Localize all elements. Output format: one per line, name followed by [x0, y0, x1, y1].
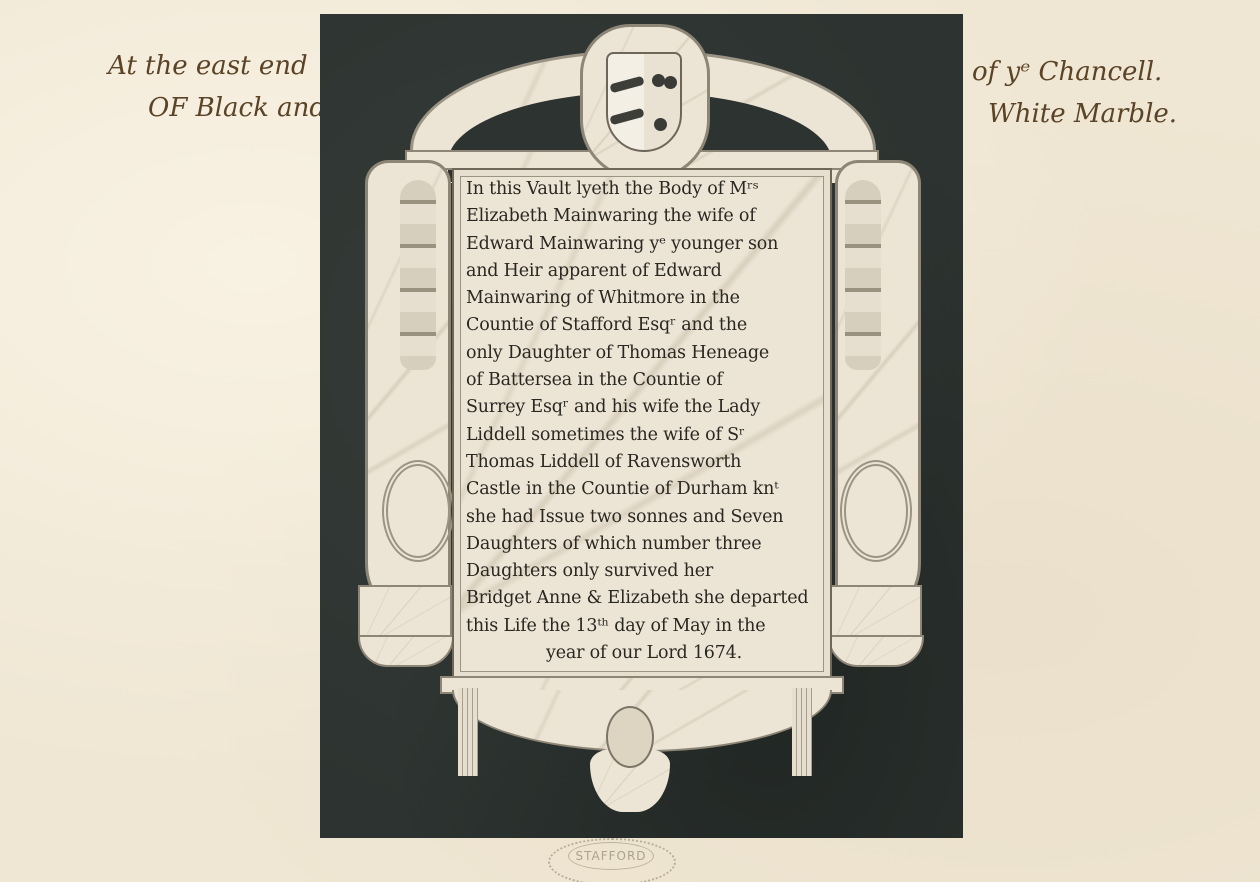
inscription-line: Countie of Stafford Esqʳ and the	[466, 312, 822, 339]
inscription-line: Liddell sometimes the wife of Sʳ	[466, 422, 822, 449]
inscription-line: this Life the 13ᵗʰ day of May in the	[466, 613, 822, 640]
inscription-line: and Heir apparent of Edward	[466, 258, 822, 285]
inscription-text: In this Vault lyeth the Body of Mʳˢ Eliz…	[466, 176, 822, 667]
caption-left-line-2: OF Black and	[148, 90, 326, 126]
roundel-icon	[664, 76, 677, 89]
coat-of-arms-shield-icon	[606, 52, 682, 152]
left-drapery-tail-icon	[458, 688, 478, 776]
bend-stripe-icon	[609, 108, 644, 125]
inscription-line: Castle in the Countie of Durham knᵗ	[466, 476, 822, 503]
right-plinth	[828, 585, 922, 639]
library-stamp-label: STAFFORD	[568, 842, 654, 870]
caption-right-line-1: of yᵉ Chancell.	[972, 54, 1162, 90]
inscription-line: Thomas Liddell of Ravensworth	[466, 449, 822, 476]
inscription-date-line: year of our Lord 1674.	[466, 640, 822, 667]
inscription-line: Edward Mainwaring yᵉ younger son	[466, 231, 822, 258]
inscription-line: Bridget Anne & Elizabeth she departed	[466, 585, 822, 612]
cherub-head-icon	[606, 706, 654, 768]
left-plinth	[358, 585, 452, 639]
right-foliage-pendant-icon	[845, 180, 881, 370]
right-drapery-tail-icon	[792, 688, 812, 776]
inscription-line: Daughters only survived her	[466, 558, 822, 585]
inscription-line: she had Issue two sonnes and Seven	[466, 504, 822, 531]
inscription-line: only Daughter of Thomas Heneage	[466, 340, 822, 367]
roundel-icon	[652, 74, 665, 87]
inscription-line: In this Vault lyeth the Body of Mʳˢ	[466, 176, 822, 203]
left-scroll-foot	[358, 635, 454, 667]
right-scroll-foot	[828, 635, 924, 667]
inscription-line: Mainwaring of Whitmore in the	[466, 285, 822, 312]
bend-stripe-icon	[609, 76, 644, 93]
inscription-line: Daughters of which number three	[466, 531, 822, 558]
caption-left-line-1: At the east end	[108, 48, 308, 84]
inscription-line: of Battersea in the Countie of	[466, 367, 822, 394]
inscription-line: Surrey Esqʳ and his wife the Lady	[466, 394, 822, 421]
left-foliage-pendant-icon	[400, 180, 436, 370]
right-volute-icon	[840, 460, 912, 562]
left-volute-icon	[382, 460, 454, 562]
caption-right-line-2: White Marble.	[988, 96, 1177, 132]
inscription-line: Elizabeth Mainwaring the wife of	[466, 203, 822, 230]
roundel-icon	[654, 118, 667, 131]
